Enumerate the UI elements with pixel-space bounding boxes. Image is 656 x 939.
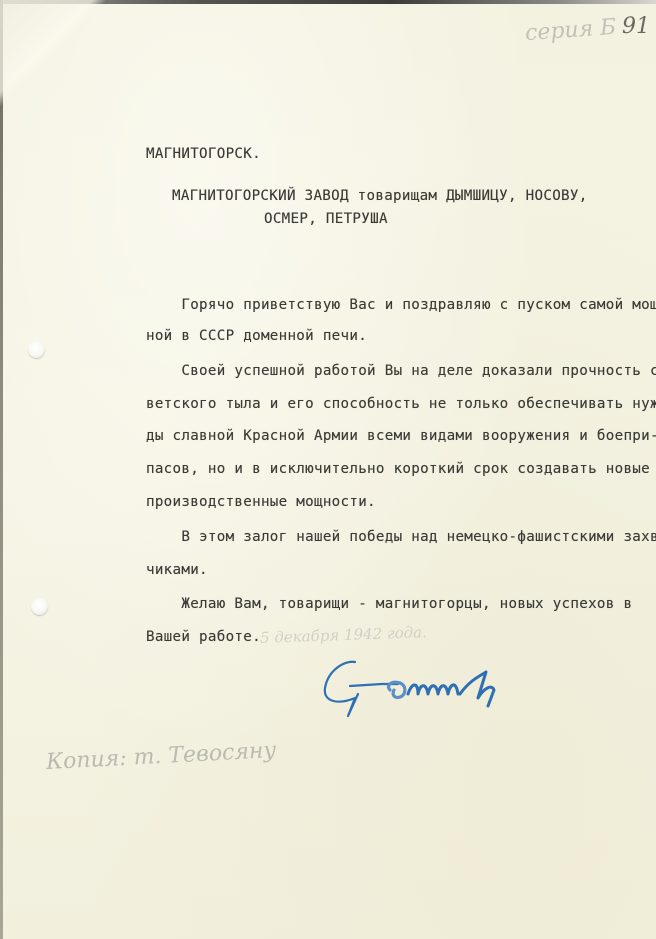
body-line: ной в СССР доменной печи. bbox=[146, 328, 367, 344]
handwritten-date: 5 декабря 1942 года. bbox=[260, 623, 427, 647]
addressee-line-2: ОСМЕР, ПЕТРУША bbox=[264, 211, 388, 227]
city-heading: МАГНИТОГОРСК. bbox=[146, 146, 261, 162]
body-line: производственные мощности. bbox=[146, 494, 376, 510]
body-line: Горячо приветствую Вас и поздравляю с пу… bbox=[146, 297, 656, 313]
scan-left-edge bbox=[0, 0, 3, 939]
body-line: ветского тыла и его способность не тольк… bbox=[146, 396, 656, 412]
corner-fold bbox=[0, 0, 140, 140]
body-line: В этом залог нашей победы над немецко-фа… bbox=[146, 529, 656, 545]
document-page: серия Б 91 МАГНИТОГОРСК. МАГНИТОГОРСКИЙ … bbox=[0, 0, 656, 939]
body-line: Вашей работе. bbox=[146, 629, 261, 645]
body-line: Желаю Вам, товарищи - магнитогорцы, новы… bbox=[146, 596, 632, 612]
body-line: Своей успешной работой Вы на деле доказа… bbox=[146, 363, 656, 379]
body-line: чиками. bbox=[146, 562, 208, 578]
addressee-line-1: МАГНИТОГОРСКИЙ ЗАВОД товарищам ДЫМШИЦУ, … bbox=[172, 188, 588, 204]
archive-page-number: 91 bbox=[622, 14, 650, 39]
body-line: ды славной Красной Армии всеми видами во… bbox=[146, 428, 656, 444]
pencil-copy-note: Копия: т. Тевосяну bbox=[46, 738, 277, 775]
punch-hole bbox=[28, 341, 45, 358]
body-line: пасов, но и в исключительно короткий сро… bbox=[146, 461, 650, 477]
archive-series-mark: серия Б bbox=[524, 15, 617, 46]
signature-stalin: Сталин bbox=[320, 650, 520, 730]
punch-hole bbox=[31, 598, 48, 615]
